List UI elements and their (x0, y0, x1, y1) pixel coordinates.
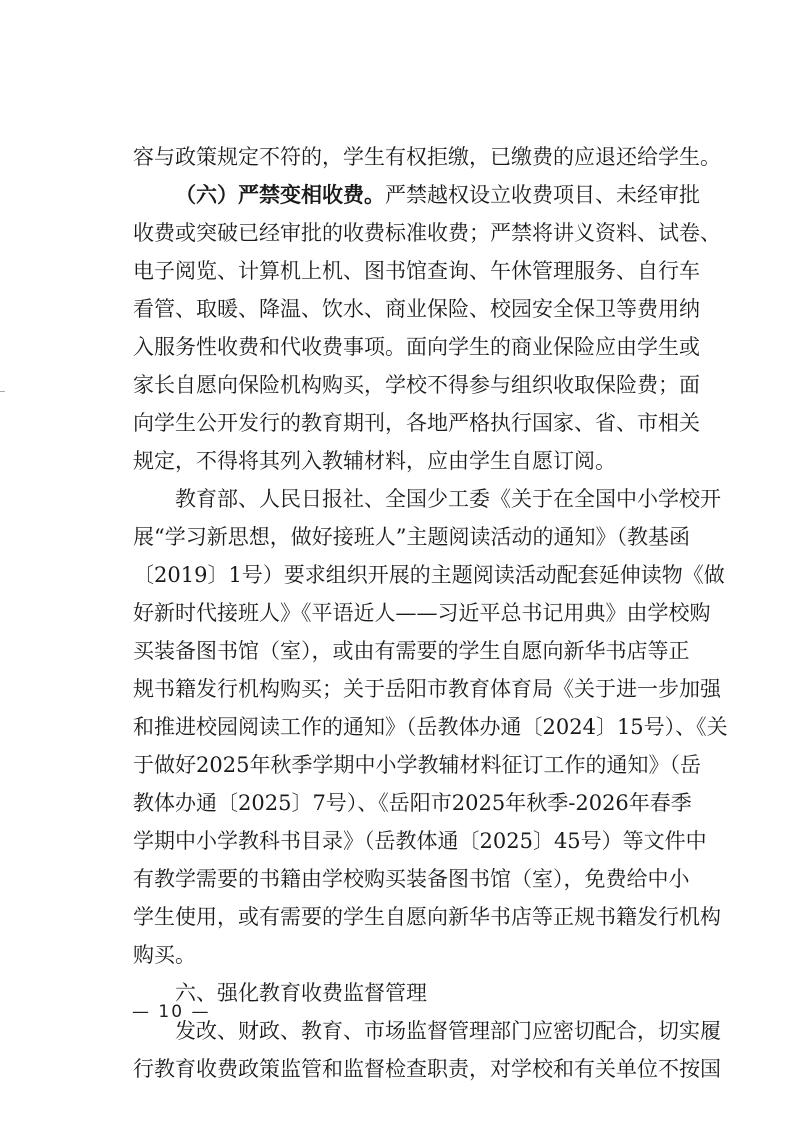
text-line: 规书籍发行机构购买；关于岳阳市教育体育局《关于进一步加强 (133, 670, 673, 708)
text-line: 有教学需要的书籍由学校购买装备图书馆（室），免费给中小 (133, 860, 673, 898)
text-line: 严禁越权设立收费项目、未经审批 (385, 183, 700, 207)
text-line: 入服务性收费和代收费事项。面向学生的商业保险应由学生或 (133, 328, 673, 366)
text-line: 容与政策规定不符的，学生有权拒缴，已缴费的应退还给学生。 (133, 138, 673, 176)
document-body: 容与政策规定不符的，学生有权拒缴，已缴费的应退还给学生。 （六）严禁变相收费。严… (133, 138, 673, 1088)
text-line: 学期中小学教科书目录》（岳教体通〔2025〕45号）等文件中 (133, 822, 673, 860)
subsection-title: （六）严禁变相收费。 (175, 182, 385, 207)
text-line: 教育部、人民日报社、全国少工委《关于在全国中小学校开 (133, 480, 673, 518)
section-heading: 六、强化教育收费监督管理 (133, 974, 673, 1012)
text-line: 好新时代接班人》《平语近人——习近平总书记用典》由学校购 (133, 594, 673, 632)
text-line: 行教育收费政策监管和监督检查职责，对学校和有关单位不按国 (133, 1050, 673, 1088)
text-line: 于做好2025年秋季学期中小学教辅材料征订工作的通知》（岳 (133, 746, 673, 784)
text-line: 规定，不得将其列入教辅材料，应由学生自愿订阅。 (133, 442, 673, 480)
text-line: 〔2019〕1号）要求组织开展的主题阅读活动配套延伸读物《做 (133, 556, 673, 594)
text-line: 电子阅览、计算机上机、图书馆查询、午休管理服务、自行车 (133, 252, 673, 290)
text-line: 家长自愿向保险机构购买，学校不得参与组织收取保险费；面 (133, 366, 673, 404)
text-line: 和推进校园阅读工作的通知》（岳教体办通〔2024〕15号）、《关 (133, 708, 673, 746)
page-number: — 10 — (132, 1002, 210, 1022)
text-line: 买装备图书馆（室），或由有需要的学生自愿向新华书店等正 (133, 632, 673, 670)
text-line: 购买。 (133, 936, 673, 974)
text-line: 看管、取暖、降温、饮水、商业保险、校园安全保卫等费用纳 (133, 290, 673, 328)
text-line: 发改、财政、教育、市场监督管理部门应密切配合，切实履 (133, 1012, 673, 1050)
margin-mark (0, 391, 5, 392)
text-line: 学生使用，或有需要的学生自愿向新华书店等正规书籍发行机构 (133, 898, 673, 936)
text-line: 展“学习新思想，做好接班人”主题阅读活动的通知》（教基函 (133, 518, 673, 556)
text-line: 教体办通〔2025〕7号）、《岳阳市2025年秋季-2026年春季 (133, 784, 673, 822)
subsection-line: （六）严禁变相收费。严禁越权设立收费项目、未经审批 (133, 176, 673, 214)
text-line: 收费或突破已经审批的收费标准收费；严禁将讲义资料、试卷、 (133, 214, 673, 252)
text-line: 向学生公开发行的教育期刊，各地严格执行国家、省、市相关 (133, 404, 673, 442)
